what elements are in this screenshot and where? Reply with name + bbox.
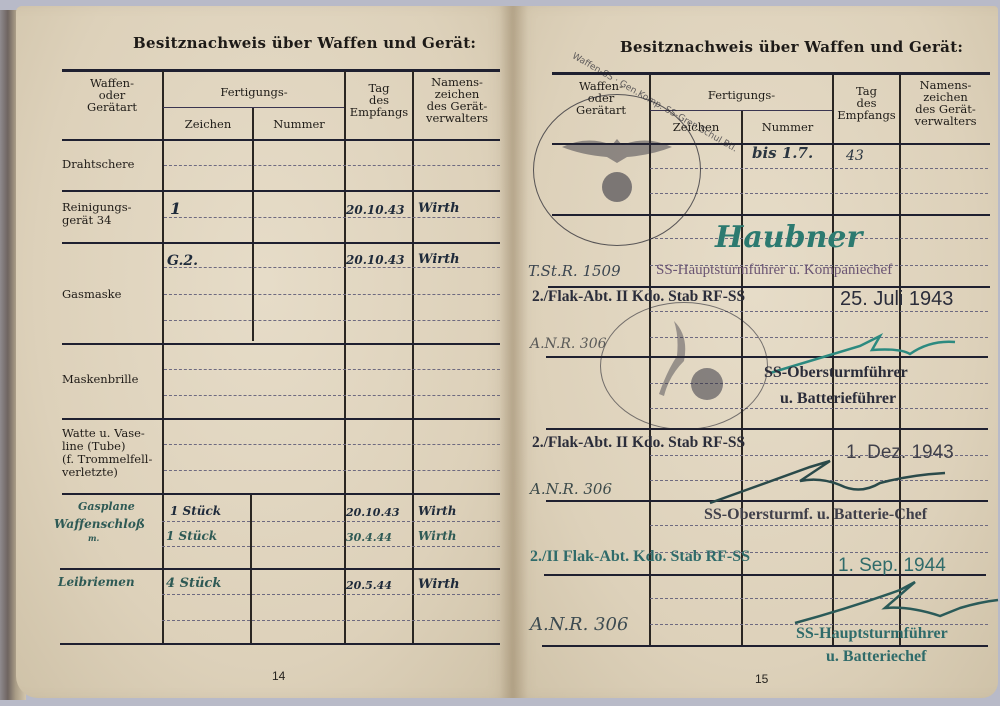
- entry-line: [164, 294, 500, 295]
- header-zeichen: Zeichen: [164, 118, 252, 130]
- open-booklet: Besitznachweis über Waffen und Gerät: Wa…: [0, 0, 1000, 706]
- entry-line: [162, 594, 500, 595]
- rank-stamp: SS-Hauptsturmführer: [796, 625, 948, 643]
- header-tag: Tag des Empfangs: [346, 82, 412, 118]
- row-rule: [62, 418, 500, 420]
- entry-line: [162, 620, 500, 621]
- row-label-handwritten: Leibriemen: [58, 575, 135, 589]
- rank-stamp: SS-Hauptsturmführer u. Kompaniechef: [656, 262, 892, 279]
- table-top-rule: [62, 69, 500, 72]
- left-page-title: Besitznachweis über Waffen und Gerät:: [133, 34, 476, 52]
- column-divider: [162, 71, 164, 643]
- table-bottom-rule: [542, 645, 988, 647]
- header-tag: Tag des Empfangs: [834, 85, 899, 121]
- row-label-handwritten: Waffenschloß: [54, 517, 145, 531]
- entry-zeichen: G.2.: [167, 253, 198, 269]
- page-number-left: 14: [272, 669, 285, 683]
- entry-line: [650, 525, 988, 526]
- entry-date: 30.4.44: [346, 531, 392, 544]
- entry-zeichen: 1 Stück: [166, 529, 217, 543]
- rank-stamp: SS-Obersturmführer: [764, 364, 908, 382]
- row-label-handwritten: Gasplane: [78, 500, 135, 513]
- header-bottom-rule: [62, 139, 500, 141]
- header-namens: Namens- zeichen des Gerät- verwalters: [414, 76, 500, 124]
- rank-stamp: SS-Obersturmf. u. Batterie-Chef: [704, 506, 927, 524]
- entry-zeichen: 1: [170, 199, 181, 218]
- entry-line: [164, 395, 500, 396]
- entry-line: [164, 267, 500, 268]
- row-rule: [546, 428, 988, 430]
- reference-number: A.N.R. 306: [530, 480, 612, 498]
- handwritten-date: bis 1.7.: [752, 144, 813, 162]
- header-namens: Namens- zeichen des Gerät- verwalters: [901, 79, 990, 127]
- date-stamp: 1. Sep. 1944: [838, 555, 946, 577]
- reference-number: T.St.R. 1509: [528, 262, 621, 280]
- entry-line: [164, 217, 500, 218]
- entry-signature: Wirth: [418, 577, 460, 592]
- reference-number: A.N.R. 306: [530, 614, 628, 635]
- header-fertigung: Fertigungs-: [651, 89, 832, 101]
- header-fertigung: Fertigungs-: [164, 86, 344, 98]
- eagle-emblem-icon: [557, 125, 677, 215]
- row-label-maskenbrille: Maskenbrille: [62, 373, 138, 386]
- page-number-right: 15: [755, 672, 768, 686]
- table-top-rule: [552, 72, 990, 75]
- entry-zeichen: 4 Stück: [166, 576, 221, 591]
- unit-stamp: 2./Flak-Abt. II Kdo. Stab RF-SS: [532, 434, 745, 452]
- entry-line: [162, 521, 500, 522]
- signature-haubner: Haubner: [715, 220, 862, 255]
- entry-date: 20.5.44: [346, 579, 392, 592]
- entry-date: 20.10.43: [346, 203, 404, 217]
- entry-line: [164, 470, 500, 471]
- unit-stamp: 2./II Flak-Abt. Kdo. Stab RF-SS: [530, 548, 750, 566]
- entry-signature: Wirth: [418, 252, 460, 267]
- header-nummer: Nummer: [254, 118, 344, 130]
- row-label-reinigungsgeraet: Reinigungs- gerät 34: [62, 201, 132, 227]
- entry-line: [164, 320, 500, 321]
- row-rule: [62, 242, 500, 244]
- rank-stamp: u. Batterieführer: [780, 390, 896, 408]
- column-divider: [344, 71, 346, 643]
- unit-stamp: 2./Flak-Abt. II Kdo. Stab RF-SS: [532, 288, 745, 306]
- column-divider: [412, 71, 414, 643]
- entry-line: [164, 444, 500, 445]
- entry-line: [650, 193, 988, 194]
- entry-signature: Wirth: [418, 504, 456, 518]
- column-divider: [252, 141, 254, 341]
- row-rule: [62, 343, 500, 345]
- header-type: Waffen- oder Gerätart: [64, 77, 160, 113]
- entry-date: 20.10.43: [346, 506, 400, 519]
- entry-date: 20.10.43: [346, 253, 404, 267]
- table-bottom-rule: [60, 643, 500, 645]
- entry-zeichen: 1 Stück: [170, 504, 221, 518]
- signature-scrawl: [700, 455, 960, 505]
- row-label-watte: Watte u. Vase- line (Tube) (f. Trommelfe…: [62, 427, 152, 479]
- entry-signature: Wirth: [418, 201, 460, 216]
- entry-line: [164, 369, 500, 370]
- entry-signature: Wirth: [418, 529, 456, 543]
- row-rule: [62, 493, 500, 495]
- handwritten-year: 43: [846, 148, 864, 164]
- reference-number: A.N.R. 306: [530, 336, 607, 352]
- date-stamp: 25. Juli 1943: [840, 288, 953, 311]
- row-label-drahtschere: Drahtschere: [62, 158, 134, 171]
- row-label-handwritten: m.: [88, 533, 99, 543]
- row-label-gasmaske: Gasmaske: [62, 288, 121, 301]
- subheader-rule: [163, 107, 344, 108]
- eagle-emblem-icon: [629, 316, 739, 416]
- entry-line: [164, 165, 500, 166]
- row-rule: [62, 190, 500, 192]
- right-page-title: Besitznachweis über Waffen und Gerät:: [620, 38, 963, 56]
- entry-line: [162, 546, 500, 547]
- header-nummer: Nummer: [743, 121, 832, 133]
- row-rule: [60, 568, 500, 570]
- rank-stamp: u. Batteriechef: [826, 648, 926, 666]
- gutter: [500, 6, 528, 698]
- official-seal: [600, 302, 768, 430]
